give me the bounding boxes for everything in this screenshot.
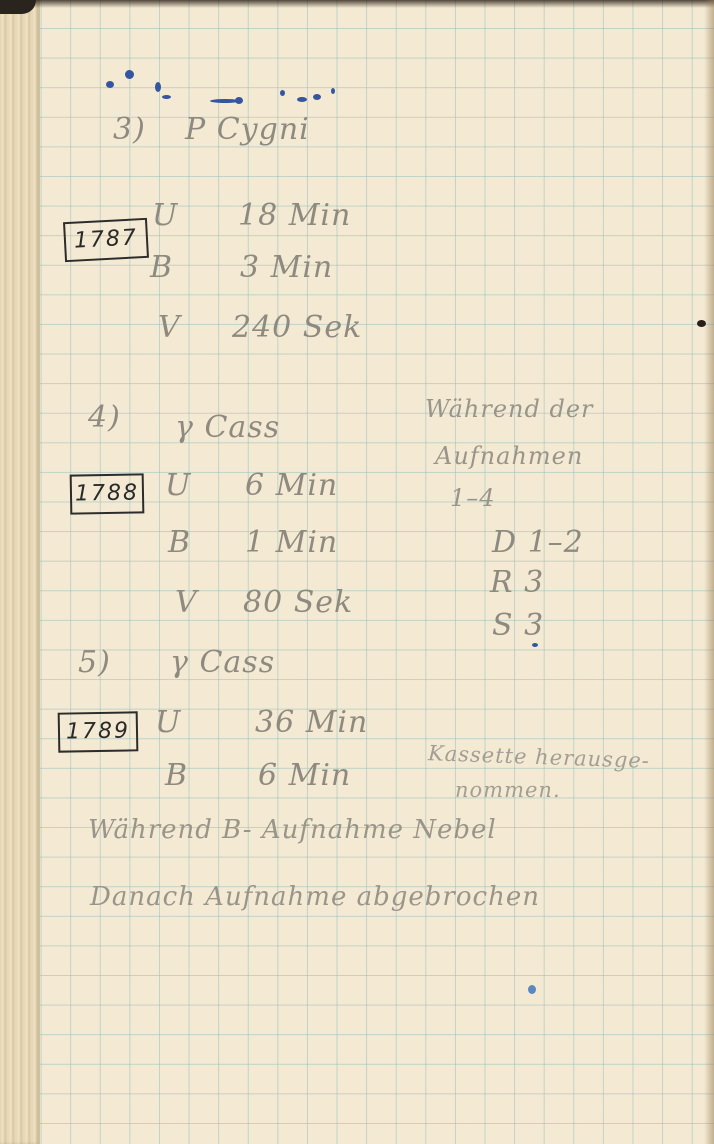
exposure-filter: U: [155, 705, 181, 740]
exposure-filter: U: [152, 198, 178, 233]
entry-number: 3): [113, 112, 146, 147]
entry-object: P Cygni: [185, 112, 310, 147]
exposure-filter: V: [175, 585, 198, 620]
plate-number: 1789: [58, 711, 139, 752]
exposure-time: 1 Min: [245, 525, 338, 560]
entry-object: γ Cass: [175, 410, 280, 445]
exposure-filter: V: [158, 310, 181, 345]
footer-note: Danach Aufnahme abgebrochen: [90, 882, 540, 912]
footer-note: Während B- Aufnahme Nebel: [88, 815, 497, 845]
plate-number: 1788: [70, 473, 145, 514]
plate-number: 1787: [63, 218, 149, 262]
notebook-page: 3) P Cygni 1787 U 18 Min B 3 Min V 240 S…: [0, 0, 714, 1144]
exposure-time: 3 Min: [240, 250, 333, 285]
entry-number: 4): [88, 400, 121, 435]
exposure-time: 6 Min: [245, 468, 338, 503]
entry-number: 5): [78, 645, 111, 680]
exposure-filter: B: [165, 758, 188, 793]
exposure-time: 240 Sek: [232, 310, 362, 345]
exposure-filter: B: [168, 525, 191, 560]
side-note-line: Während der: [425, 395, 594, 423]
side-note-item: D 1–2: [492, 525, 584, 560]
cassette-note-line: nommen.: [455, 778, 561, 802]
exposure-time: 18 Min: [238, 198, 351, 233]
cassette-note-line: Kassette herausge-: [428, 741, 651, 773]
exposure-time: 36 Min: [255, 705, 368, 740]
exposure-filter: U: [165, 468, 191, 503]
entry-object: γ Cass: [170, 645, 275, 680]
page-stack-edge: [0, 0, 40, 1144]
side-note-item: S 3: [492, 608, 544, 643]
exposure-filter: B: [150, 250, 173, 285]
top-shadow: [0, 0, 714, 8]
side-note-line: Aufnahmen: [435, 442, 583, 470]
side-note-line: 1–4: [450, 484, 496, 512]
page-right-edge: [704, 0, 714, 1144]
exposure-time: 80 Sek: [243, 585, 353, 620]
exposure-time: 6 Min: [258, 758, 351, 793]
side-note-item: R 3: [490, 565, 544, 600]
